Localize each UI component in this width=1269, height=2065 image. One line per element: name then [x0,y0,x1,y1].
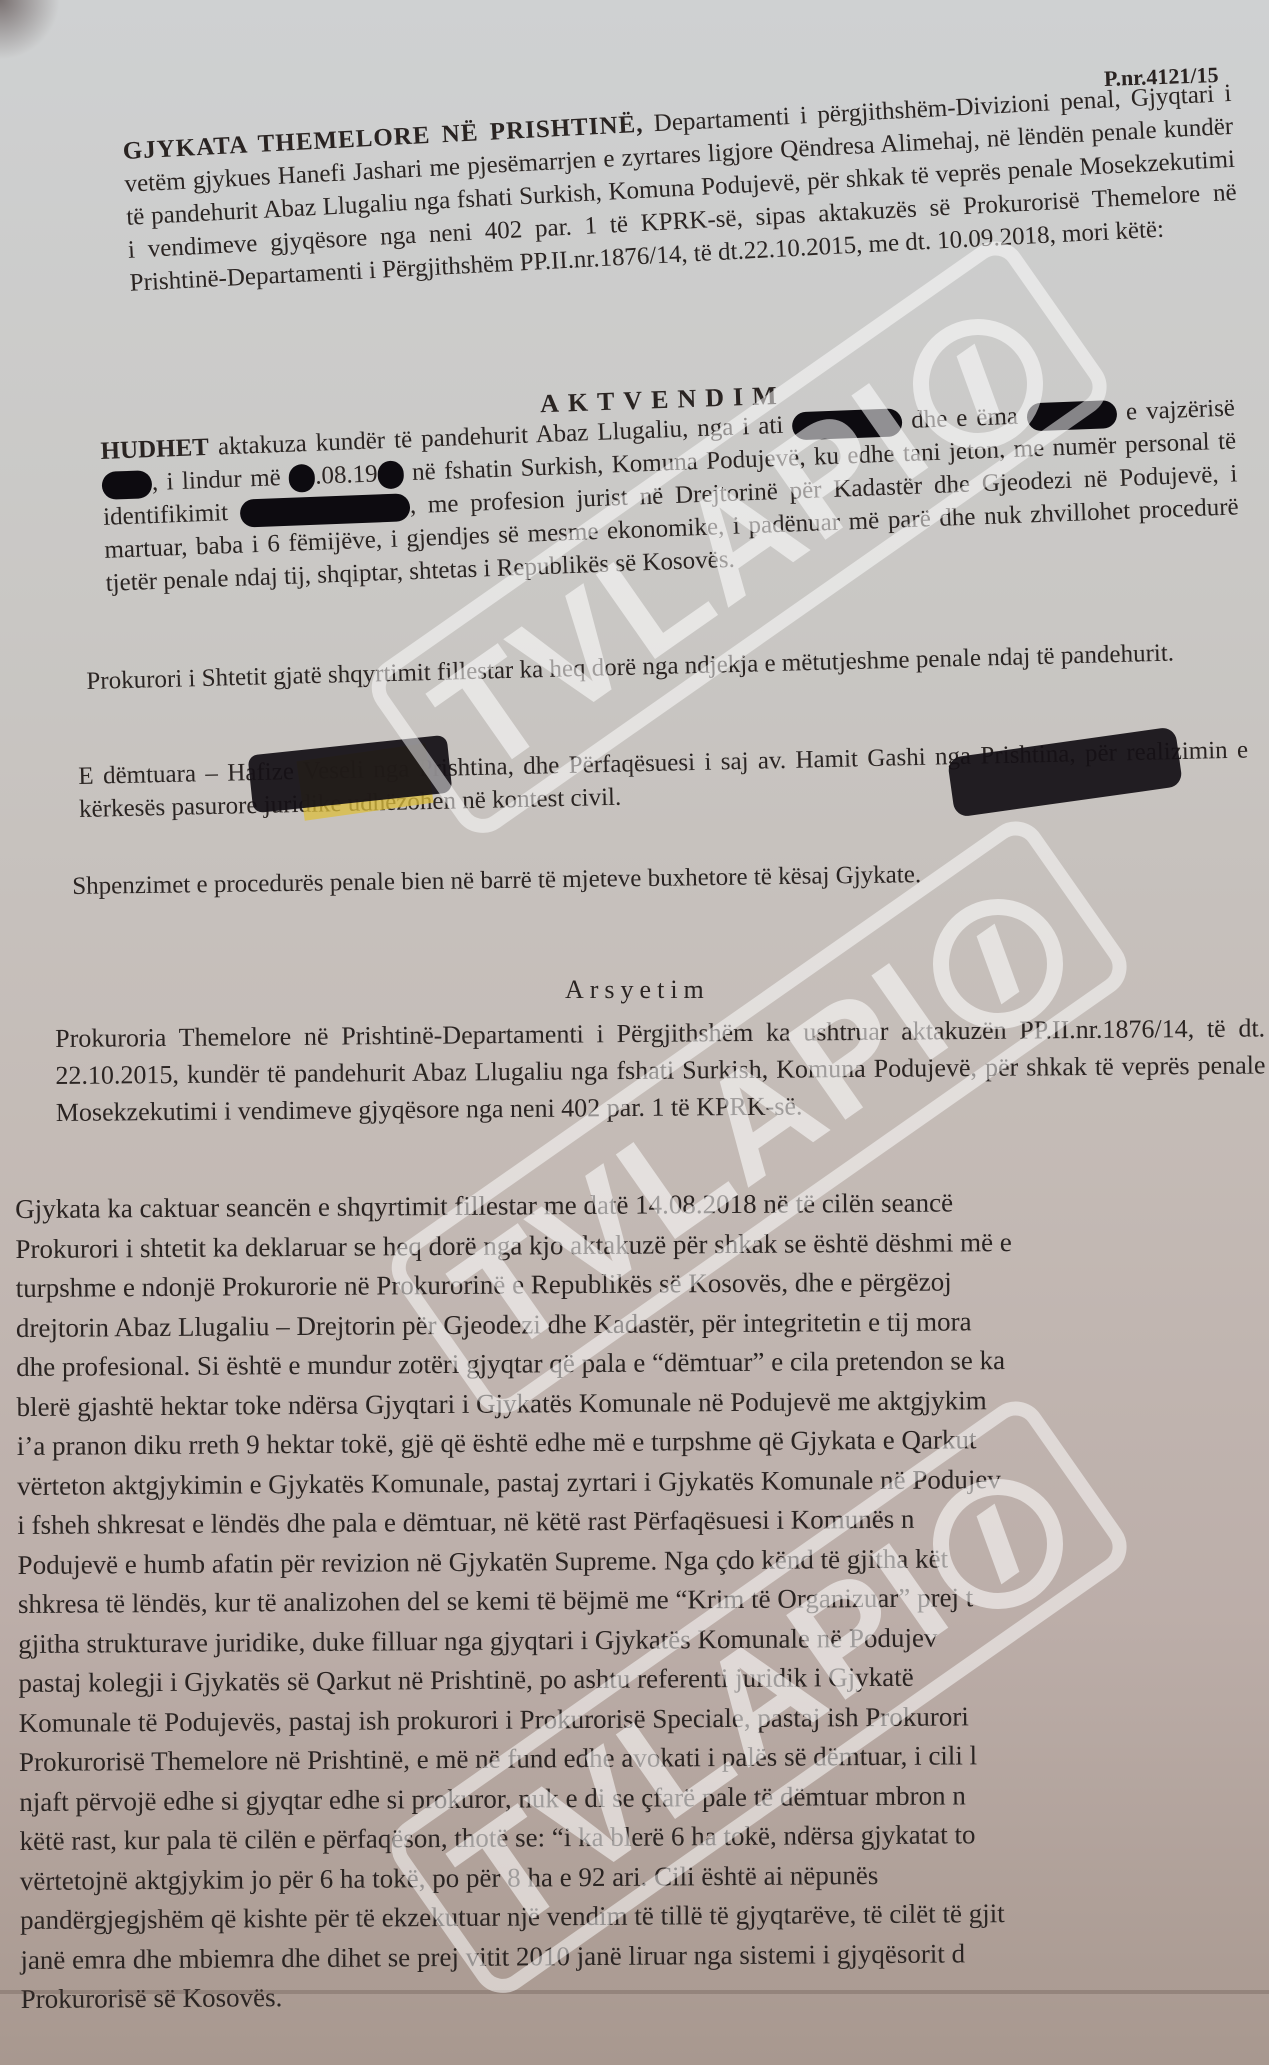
redaction-maiden-name [101,470,152,500]
ruling-text: , i lindur më [151,464,281,496]
intro-text: Departamenti i përgjithshëm-Divizioni pe… [124,80,1237,297]
intro-paragraph: GJYKATA THEMELORE NË PRISHTINË, Departam… [122,77,1239,300]
heading-reasoning: Arsyetim [565,975,710,1005]
page-fold [0,1990,1269,1994]
redaction-birth-year [377,461,404,490]
ruling-text: e vajzërisë [1125,394,1235,425]
photo-shadow [0,0,60,60]
ruling-text: .08.19 [315,460,378,489]
document-photo: P.nr.4121/15 GJYKATA THEMELORE NË PRISHT… [0,0,1269,2065]
redaction-personal-id [239,493,410,528]
ruling-keyword: HUDHET [100,434,209,465]
redaction-birth-day [289,464,316,493]
